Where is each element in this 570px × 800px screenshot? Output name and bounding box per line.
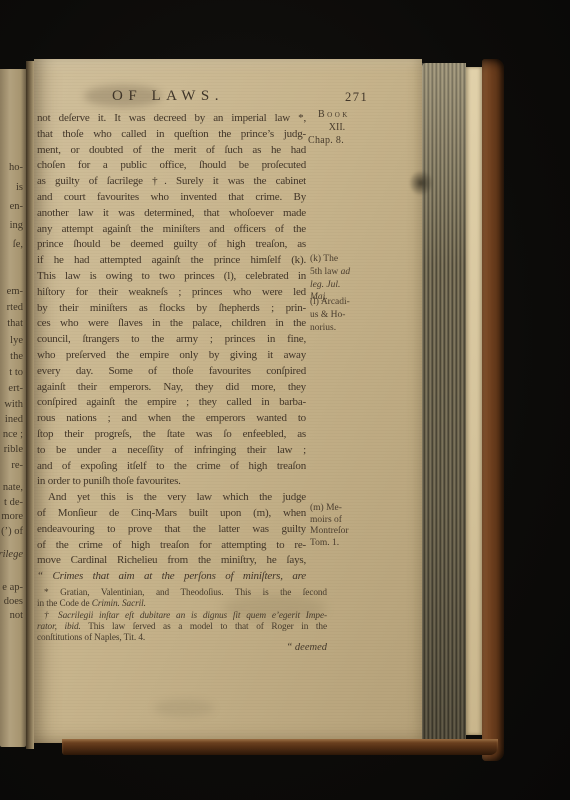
- facing-page-text-fragment: the: [10, 351, 23, 363]
- body-text-line: by their miniſters as flocks by ſhepherd…: [37, 301, 306, 317]
- body-text-line: ſtop their progreſs, the ſtate was ſo en…: [37, 427, 306, 443]
- body-text-line: and court favourites who invented that c…: [37, 190, 306, 206]
- facing-page-text-fragment: ſe,: [13, 239, 23, 251]
- side-note-l: (l) Arcadi-us & Ho-norius.: [310, 296, 386, 334]
- margin-chapter-label: Chap. 8.: [308, 134, 386, 147]
- body-text-line: every day. Some of thoſe favourites conſ…: [37, 364, 306, 380]
- margin-book-numeral: XII.: [308, 121, 366, 134]
- side-note-line: (l) Arcadi-: [310, 296, 386, 309]
- body-text-line: hiſtory for their weakneſs ; princes who…: [37, 285, 306, 301]
- side-note-line: Montreſor: [310, 526, 386, 538]
- facing-page-text-fragment: nce ;: [3, 429, 23, 441]
- facing-page-text-fragment: ho-: [9, 162, 23, 174]
- open-book: ho-isen-ingſe,em-rtedthatlyethet toert-w…: [0, 55, 504, 761]
- body-text-line: rous nations ; and when the emperors wan…: [37, 411, 306, 427]
- body-text-line: council, ſtrangers to the army ; princes…: [37, 332, 306, 348]
- book-cover-bottom-edge: [62, 739, 498, 755]
- body-text-line: againſt their emperors. Nay, they did mo…: [37, 380, 306, 396]
- facing-page-text-fragment: em-: [7, 286, 23, 298]
- facing-page-text-fragment: not: [10, 610, 23, 622]
- paper-stain: [154, 699, 214, 717]
- margin-book-label: Book: [318, 108, 386, 121]
- footnote-line: rator, ibid. This law ſerved as a model …: [37, 622, 327, 633]
- body-text-line: This law is owing to two princes (l), ce…: [37, 269, 306, 285]
- footnotes-block: * Gratian, Valentinian, and Theodoſius. …: [37, 588, 327, 644]
- page-number: 271: [345, 90, 368, 105]
- body-text-line: move Cardinal Richelieu from the miniſtr…: [37, 553, 306, 569]
- margin-heading: Book XII. Chap. 8.: [308, 108, 386, 147]
- facing-page-text-fragment: does: [4, 596, 23, 608]
- catchword: “ deemed: [229, 642, 327, 653]
- facing-page-text-fragment: nate,: [3, 482, 23, 494]
- facing-page-text-fragment: rted: [7, 302, 23, 314]
- body-text-line: not deſerve it. It was decreed by an imp…: [37, 111, 306, 127]
- facing-page-text-fragment: en-: [10, 201, 23, 213]
- gutter-shadow: [26, 61, 34, 749]
- facing-page-text-fragment: with: [4, 399, 23, 411]
- body-text-line: to be under a neceſſity of infringing th…: [37, 443, 306, 459]
- body-text-line: any attempt againſt the miniſters and of…: [37, 222, 306, 238]
- facing-page-text-fragment: rilege: [0, 549, 23, 561]
- side-note-line: Tom. 1.: [310, 538, 386, 550]
- facing-page-text-fragment: t de-: [4, 497, 23, 509]
- footnote-line: * Gratian, Valentinian, and Theodoſius. …: [37, 588, 327, 599]
- facing-page-text-fragment: rible: [4, 444, 23, 456]
- body-text-column: not deſerve it. It was decreed by an imp…: [37, 111, 306, 585]
- facing-page-text-fragment: ing: [10, 220, 23, 232]
- facing-page-text-fragment: that: [7, 318, 23, 330]
- side-note-line: us & Ho-: [310, 309, 386, 322]
- side-note-line: moirs of: [310, 515, 386, 527]
- body-text-line: conſpired againſt the empire ; they call…: [37, 395, 306, 411]
- body-text-line: and of expoſing itſelf to the crime of h…: [37, 459, 306, 475]
- body-text-line: ces who were ſlaves in the palace, child…: [37, 316, 306, 332]
- body-text-line: if he had attempted againſt the prince h…: [37, 253, 306, 269]
- body-text-line: another law it was determined, that whoſ…: [37, 206, 306, 222]
- footnote-line: † Sacrilegii inſtar eſt dubitare an is d…: [37, 611, 327, 622]
- body-text-line: choſen for a public office, ſhould be pr…: [37, 158, 306, 174]
- body-text-line: as guilty of ſacrilege †. Surely it was …: [37, 174, 306, 190]
- side-note-line: (m) Me-: [310, 503, 386, 515]
- facing-page-text-fragment: re-: [11, 460, 23, 472]
- body-text-line: who preſerved the empire only by giving …: [37, 348, 306, 364]
- body-text-line: of the crime of high treaſon for attempt…: [37, 538, 306, 554]
- body-text-line: endeavouring to prove that the latter wa…: [37, 522, 306, 538]
- running-title: OF LAWS.: [48, 88, 288, 105]
- facing-page-edge: ho-isen-ingſe,em-rtedthatlyethet toert-w…: [0, 69, 26, 747]
- facing-page-text-fragment: e ap-: [2, 582, 23, 594]
- side-note-line: 5th law ad: [310, 266, 386, 279]
- footnote-line: in the Code de Crimin. Sacril.: [37, 599, 327, 610]
- fore-edge-pages: [422, 63, 466, 739]
- book-page: OF LAWS. 271 Book XII. Chap. 8. not deſe…: [34, 59, 422, 743]
- facing-page-text-fragment: is: [16, 182, 23, 194]
- body-text-line: that thoſe who called in queſtion the pr…: [37, 127, 306, 143]
- book-cover-board: [482, 59, 504, 761]
- facing-page-text-fragment: ert-: [8, 383, 23, 395]
- side-note-line: (k) The: [310, 253, 386, 266]
- book-photograph: ho-isen-ingſe,em-rtedthatlyethet toert-w…: [0, 0, 570, 800]
- body-text-line: “ Crimes that aim at the perſons of mini…: [37, 569, 306, 585]
- facing-page-text-fragment: ined: [5, 414, 23, 426]
- facing-page-text-fragment: lye: [10, 335, 23, 347]
- side-note-m: (m) Me-moirs ofMontreſorTom. 1.: [310, 503, 386, 549]
- body-text-line: ment, or doubted of the merit of ſuch as…: [37, 143, 306, 159]
- endpaper-edge: [466, 67, 482, 735]
- fore-edge-stain: [404, 165, 438, 201]
- facing-page-text-fragment: more: [1, 511, 23, 523]
- body-text-line: prince ſhould be deemed guilty of high t…: [37, 237, 306, 253]
- side-note-line: norius.: [310, 322, 386, 335]
- body-text-line: of Monſieur de Cinq-Mars built upon (m),…: [37, 506, 306, 522]
- facing-page-text-fragment: t to: [9, 367, 23, 379]
- side-note-line: leg. Jul.: [310, 279, 386, 292]
- body-text-line: in order to puniſh thoſe favourites.: [37, 474, 306, 490]
- facing-page-text-fragment: (’) of: [1, 526, 23, 538]
- body-text-line: And yet this is the very law which the j…: [37, 490, 306, 506]
